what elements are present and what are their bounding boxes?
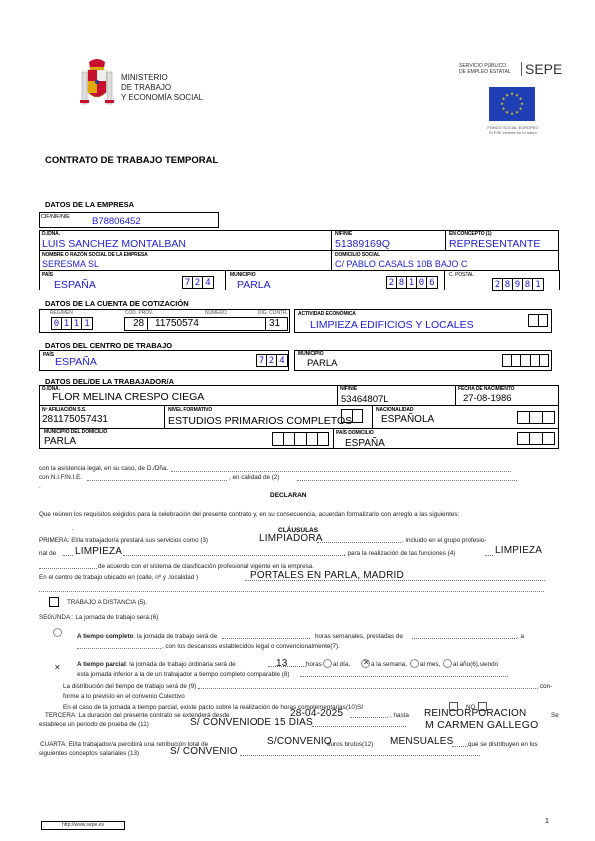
- document-title: CONTRATO DE TRABAJO TEMPORAL: [45, 155, 218, 166]
- svg-text:★: ★: [510, 91, 514, 96]
- svg-text:★: ★: [510, 111, 514, 116]
- sustituye-value: M CARMEN GALLEGO: [425, 719, 538, 731]
- empresa-pais-code: 724: [182, 276, 214, 289]
- horas-semana-radio[interactable]: [361, 659, 370, 668]
- coat-of-arms-icon: [80, 56, 114, 112]
- periodo-value: MENSUALES: [390, 736, 454, 747]
- declaran-heading: DECLARAN: [270, 492, 306, 499]
- eu-caption: FONDO SOCIAL EUROPEO El FSE invierte en …: [478, 125, 548, 135]
- regimen-code[interactable]: 0111: [51, 317, 93, 330]
- eu-stars-icon: ★★★ ★★★ ★★★ ★★★: [489, 87, 535, 121]
- puesto-value: LIMPIADORA: [259, 533, 323, 544]
- prueba-value: S/ CONVENIO: [190, 717, 258, 728]
- reunen-text: Que reúnen los requisitos exigidos para …: [39, 511, 459, 518]
- page-number: 1: [545, 818, 549, 825]
- svg-text:★: ★: [502, 106, 506, 111]
- empresa-municipio-code: 28106: [386, 276, 438, 289]
- centro-pais-field[interactable]: PAÍS ESPAÑA 724: [39, 350, 289, 371]
- ministry-logo: [80, 56, 114, 112]
- cif-field[interactable]: CIF/NIF/NIE B78806452: [39, 212, 219, 228]
- horas-dia-radio[interactable]: [323, 659, 332, 668]
- section-centro: DATOS DEL CENTRO DE TRABAJO: [45, 341, 172, 350]
- empresa-cp-code: 28981: [492, 278, 544, 291]
- centro-pais-code: 724: [256, 354, 288, 367]
- retribucion-value: S/CONVENIO: [267, 736, 332, 747]
- tiempo-completo-radio[interactable]: [53, 628, 62, 637]
- horas-mes-radio[interactable]: [410, 659, 419, 668]
- fecha-hasta-value: REINCORPORACION: [424, 708, 526, 719]
- sepe-url-link[interactable]: http://www.sepe.es: [41, 821, 125, 830]
- tiempo-parcial-radio[interactable]: [53, 665, 62, 674]
- ccc-number-field[interactable]: 28 11750574 31: [124, 317, 288, 331]
- funciones-value: LIMPIEZA: [495, 545, 542, 556]
- prueba-dias: DE 15 DIAS: [257, 717, 313, 728]
- horas-value: 13: [276, 658, 288, 669]
- svg-text:★: ★: [519, 106, 523, 111]
- grupo-value: LIMPIEZA: [75, 546, 122, 557]
- tiempo-parcial-line: A tiempo parcial: la jornada de trabajo …: [77, 661, 236, 668]
- nif-line: con N.I.F/N.I.E. , en calidad de (2): [39, 474, 82, 481]
- tiempo-completo-line: A tiempo completo: la jornada de trabajo…: [77, 633, 217, 640]
- svg-text:★: ★: [505, 93, 509, 98]
- eu-flag: ★★★ ★★★ ★★★ ★★★: [489, 87, 535, 121]
- svg-text:★: ★: [505, 110, 509, 115]
- actividad-field[interactable]: ACTIVIDAD ECONÓMICA LIMPIEZA EDIFICIOS Y…: [294, 309, 552, 333]
- primera-line1: PRIMERA: El/la trabajador/a prestará sus…: [39, 537, 208, 544]
- asistencia-line: con la asistencia legal, en su caso, de …: [39, 465, 168, 472]
- svg-text:★: ★: [500, 101, 504, 106]
- conceptos-value: S/ CONVENIO: [170, 746, 238, 757]
- horas-anio-radio[interactable]: [443, 659, 452, 668]
- centro-municipio-field[interactable]: MUNICIPIO PARLA: [294, 350, 552, 371]
- segunda-text: SEGUNDA:: La jornada de trabajo será:(6): [39, 614, 158, 621]
- svg-text:★: ★: [515, 110, 519, 115]
- section-cotizacion: DATOS DE LA CUENTA DE COTIZACIÓN: [45, 299, 189, 308]
- ministry-name: MINISTERIO DE TRABAJO Y ECONOMÍA SOCIAL: [121, 73, 203, 103]
- trabajo-distancia-checkbox[interactable]: [49, 597, 59, 607]
- section-empresa: DATOS DE LA EMPRESA: [45, 200, 134, 209]
